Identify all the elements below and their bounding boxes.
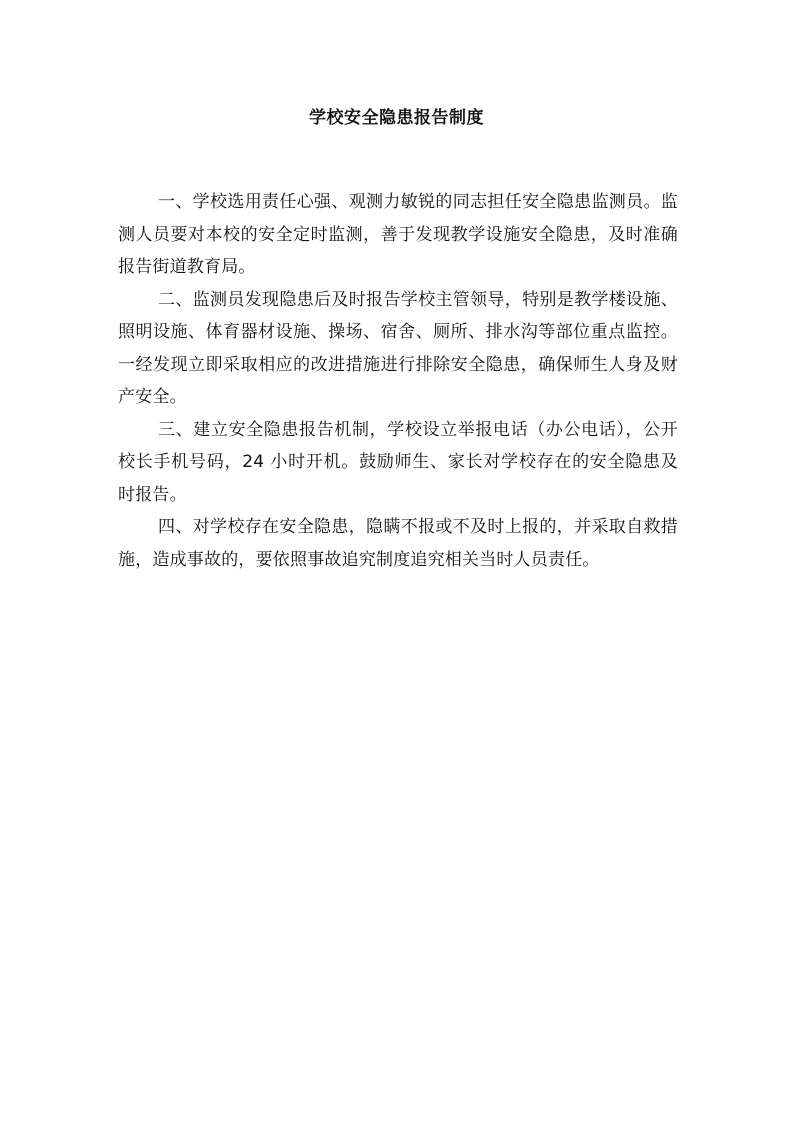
document-page: 学校安全隐患报告制度 一、学校选用责任心强、观测力敏锐的同志担任安全隐患监测员。… [0,0,793,1122]
document-title: 学校安全隐患报告制度 [0,104,793,132]
paragraph-2: 二、监测员发现隐患后及时报告学校主管领导，特别是教学楼设施、照明设施、体育器材设… [118,284,678,414]
paragraph-4: 四、对学校存在安全隐患，隐瞒不报或不及时上报的，并采取自救措施，造成事故的，要依… [118,511,678,576]
paragraph-1: 一、学校选用责任心强、观测力敏锐的同志担任安全隐患监测员。监测人员要对本校的安全… [118,186,678,284]
document-body: 一、学校选用责任心强、观测力敏锐的同志担任安全隐患监测员。监测人员要对本校的安全… [118,186,678,576]
paragraph-3: 三、建立安全隐患报告机制，学校设立举报电话（办公电话），公开校长手机号码，24 … [118,414,678,512]
